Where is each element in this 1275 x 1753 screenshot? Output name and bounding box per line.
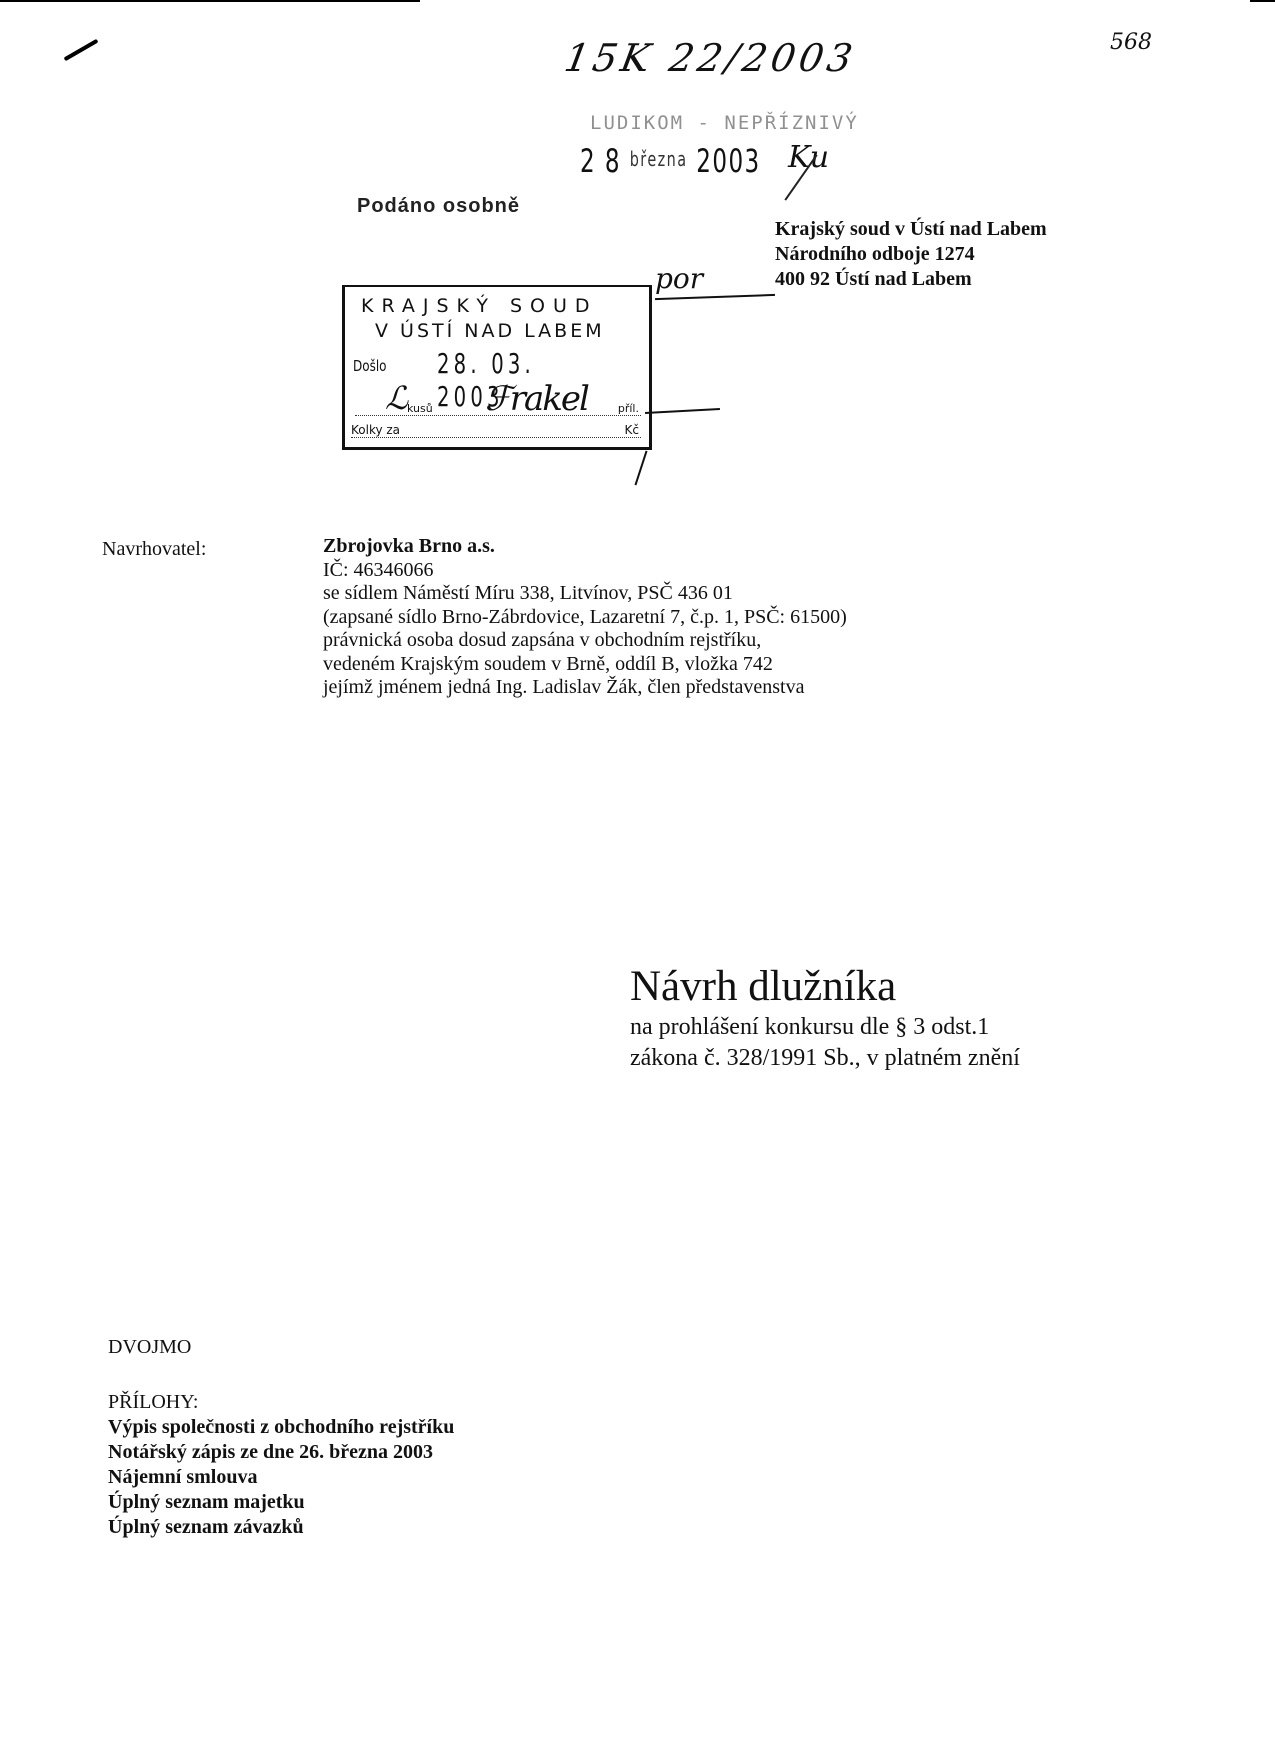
stamp-handwritten-annotation: por: [655, 262, 703, 295]
court-address-line3: 400 92 Ústí nad Labem: [775, 267, 1047, 292]
received-day: 2 8: [580, 142, 621, 180]
copies-note: DVOJMO: [108, 1336, 191, 1359]
court-stamp-attachments-label: příl.: [618, 402, 639, 415]
court-address-line2: Národního odboje 1274: [775, 242, 1047, 267]
court-address: Krajský soud v Ústí nad Labem Národního …: [775, 217, 1047, 292]
court-stamp-line1: KRAJSKÝ SOUD: [361, 295, 598, 317]
attachment-item: Notářský zápis ze dne 26. března 2003: [108, 1440, 454, 1465]
scan-artifact-top: [0, 0, 420, 2]
scan-artifact-top-right: [1250, 0, 1275, 2]
stamp-tick-mark: [634, 451, 647, 486]
attachments-list: PŘÍLOHY: Výpis společnosti z obchodního …: [108, 1390, 454, 1540]
scan-artifact-left-mark: [64, 39, 99, 61]
applicant-name: Zbrojovka Brno a.s.: [323, 535, 847, 559]
delivery-note-stamp: Podáno osobně: [357, 195, 520, 218]
applicant-block: Zbrojovka Brno a.s. IČ: 46346066 se sídl…: [323, 535, 847, 700]
applicant-label: Navrhovatel:: [102, 538, 206, 561]
handwritten-case-number: 15K 22/2003: [561, 36, 859, 80]
attachment-item: Nájemní smlouva: [108, 1465, 454, 1490]
received-month: března: [630, 147, 688, 171]
applicant-line: (zapsané sídlo Brno-Zábrdovice, Lazaretn…: [323, 606, 847, 630]
signature-arrow: [645, 408, 720, 414]
handwritten-page-number: 568: [1110, 30, 1152, 55]
handwritten-initials: Ku: [788, 140, 829, 175]
court-stamp-received-label: Došlo: [353, 357, 387, 375]
attachment-item: Výpis společnosti z obchodního rejstříku: [108, 1415, 454, 1440]
applicant-line: IČ: 46346066: [323, 559, 847, 583]
applicant-line: právnická osoba dosud zapsána v obchodní…: [323, 629, 847, 653]
applicant-line: se sídlem Náměstí Míru 338, Litvínov, PS…: [323, 582, 847, 606]
attachment-item: Úplný seznam majetku: [108, 1490, 454, 1515]
court-stamp-line2: V ÚSTÍ NAD LABEM: [375, 320, 605, 342]
attachments-heading: PŘÍLOHY:: [108, 1390, 454, 1415]
attachment-item: Úplný seznam závazků: [108, 1515, 454, 1540]
received-year: 2003: [696, 142, 760, 180]
court-stamp-count-row: kusů příl.: [355, 395, 641, 416]
document-subtitle-line1: na prohlášení konkursu dle § 3 odst.1: [630, 1012, 1020, 1043]
received-stamp-date: 2 8 března 2003: [580, 142, 761, 180]
court-stamp-fees-row: Kolky za Kč: [351, 417, 641, 438]
applicant-line: jejímž jménem jedná Ing. Ladislav Žák, č…: [323, 676, 847, 700]
document-title-block: Návrh dlužníka na prohlášení konkursu dl…: [630, 962, 1020, 1074]
court-address-line1: Krajský soud v Ústí nad Labem: [775, 217, 1047, 242]
court-stamp-fees-label: Kolky za: [351, 423, 400, 437]
court-receipt-stamp: KRAJSKÝ SOUD V ÚSTÍ NAD LABEM Došlo 28. …: [342, 285, 652, 450]
applicant-line: vedeném Krajským soudem v Brně, oddíl B,…: [323, 653, 847, 677]
document-subtitle-line2: zákona č. 328/1991 Sb., v platném znění: [630, 1043, 1020, 1074]
document-title: Návrh dlužníka: [630, 962, 1020, 1012]
court-stamp-count-label: kusů: [407, 402, 433, 415]
received-stamp-header: LUDIKOM - NEPŘÍZNIVÝ: [590, 112, 859, 134]
court-stamp-currency-label: Kč: [625, 423, 639, 437]
